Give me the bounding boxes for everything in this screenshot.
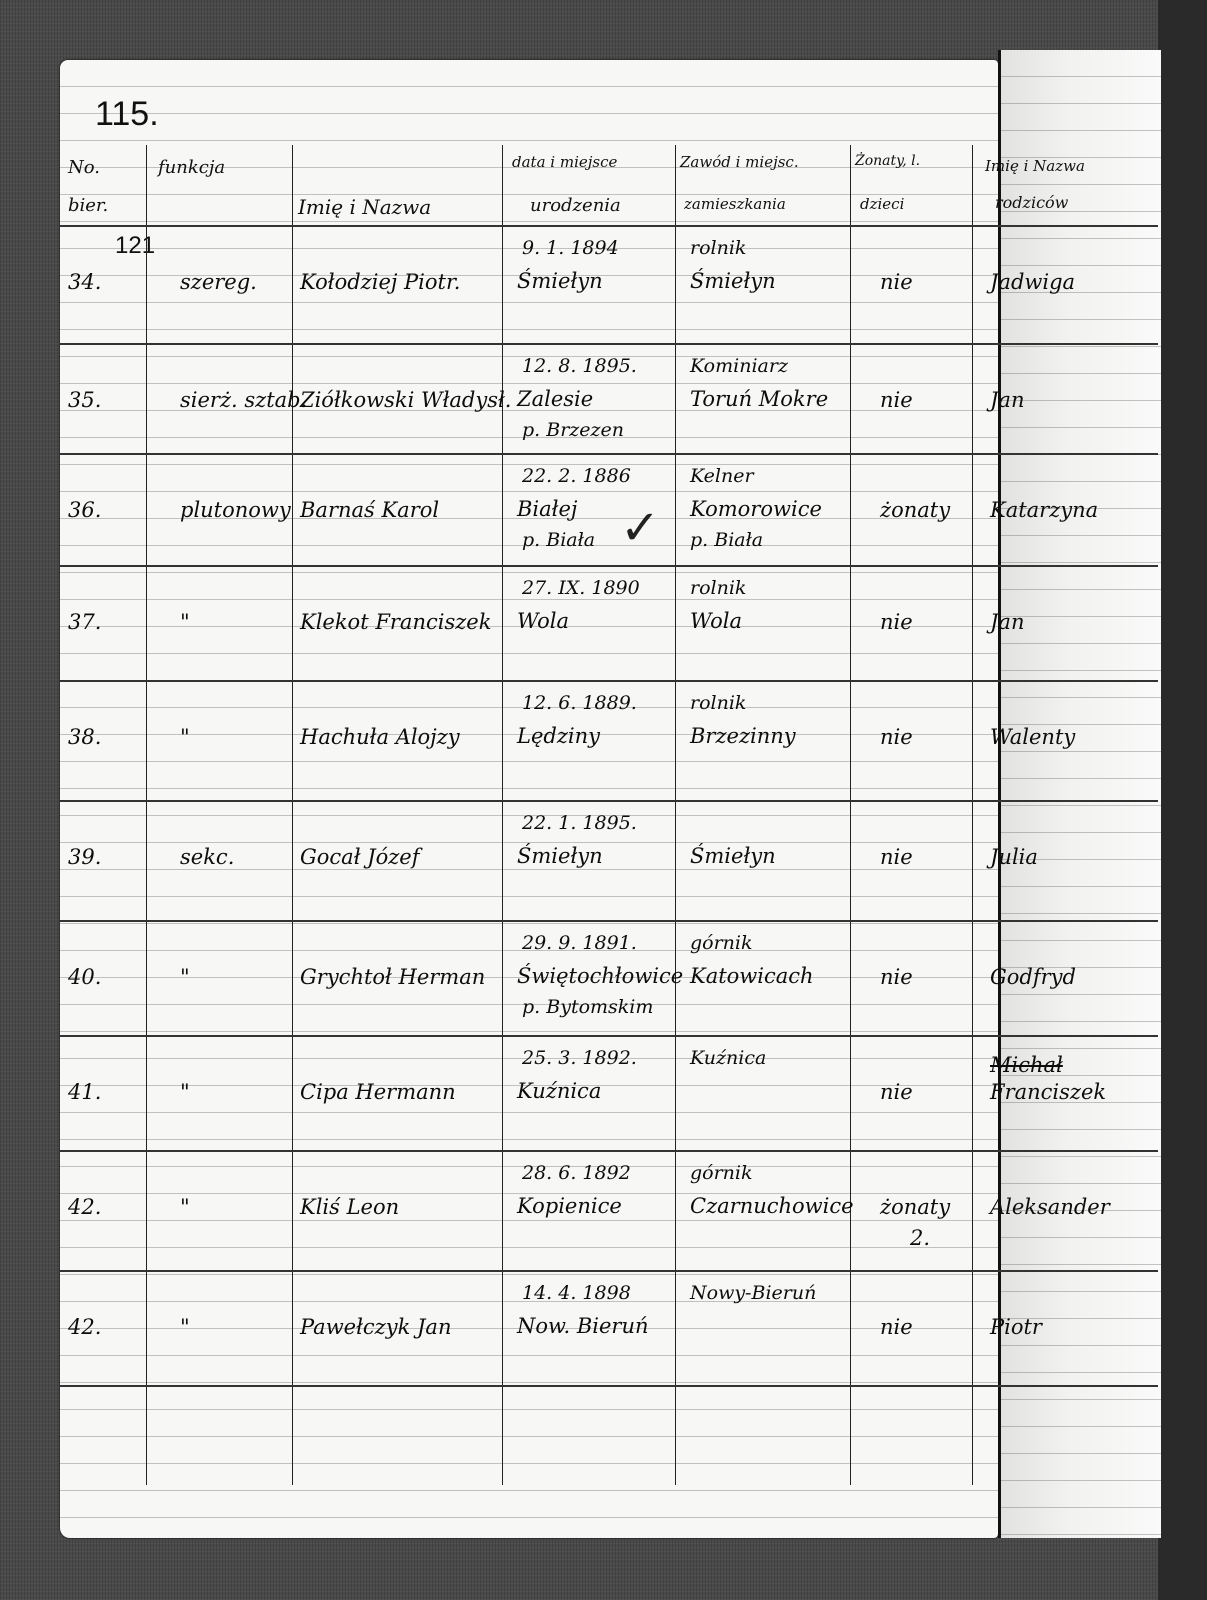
name-cell: Ziółkowski Władysł.: [300, 388, 511, 412]
married-cell: nie: [880, 725, 913, 749]
name-cell: Klekot Franciszek: [300, 610, 491, 634]
married-cell: żonaty: [880, 498, 950, 522]
married-cell: nie: [880, 1080, 913, 1104]
married-cell: nie: [880, 610, 913, 634]
row-number: 34.: [68, 270, 101, 294]
function-cell: ": [180, 1315, 190, 1339]
parent-struck-cell: Michał: [990, 1053, 1063, 1077]
row-number: 36.: [68, 498, 101, 522]
header-occupation-sub: zamieszkania: [684, 195, 786, 213]
row-number: 39.: [68, 845, 101, 869]
header-no-sub: bier.: [68, 195, 108, 216]
married-cell: żonaty: [880, 1195, 950, 1219]
row-number: 40.: [68, 965, 101, 989]
scan-shadow: [1158, 0, 1207, 1600]
function-cell: ": [180, 725, 190, 749]
birth-place-cell: Kuźnica: [517, 1079, 601, 1103]
name-cell: Barnaś Karol: [300, 498, 439, 522]
function-cell: ": [180, 1195, 190, 1219]
birth-date-cell: 22. 2. 1886: [522, 465, 631, 487]
function-cell: ": [180, 965, 190, 989]
birth-place-cell: Lędziny: [517, 724, 600, 748]
birth-date-cell: 22. 1. 1895.: [522, 812, 637, 834]
header-birth-sub: urodzenia: [530, 195, 621, 216]
birth-date-cell: 28. 6. 1892: [522, 1162, 631, 1184]
birth-date-cell: 12. 6. 1889.: [522, 692, 637, 714]
function-cell: sekc.: [180, 845, 234, 869]
function-cell: plutonowy: [180, 498, 291, 522]
residence-cell: Katowicach: [690, 964, 814, 988]
header-function: funkcja: [158, 157, 225, 178]
parent-cell: Katarzyna: [990, 498, 1098, 522]
birth-date-cell: 12. 8. 1895.: [522, 355, 637, 377]
name-cell: Hachuła Alojzy: [300, 725, 460, 749]
occupation-cell: rolnik: [690, 577, 746, 599]
married-cell: nie: [880, 388, 913, 412]
name-cell: Kołodziej Piotr.: [300, 270, 460, 294]
name-cell: Cipa Hermann: [300, 1080, 456, 1104]
occupation-cell: rolnik: [690, 237, 746, 259]
birth-place-cell: Śmiełyn: [517, 269, 603, 293]
birth-place-cell: Białej: [517, 497, 577, 521]
function-cell: ": [180, 1080, 190, 1104]
parent-cell: Jadwiga: [990, 270, 1075, 294]
row-number: 35.: [68, 388, 101, 412]
birth-place-sub-cell: p. Brzezen: [522, 419, 624, 441]
row-number: 42.: [68, 1195, 101, 1219]
birth-place-sub-cell: p. Bytomskim: [522, 996, 653, 1018]
residence-sub-cell: p. Biała: [690, 529, 763, 551]
occupation-cell: Kelner: [690, 465, 754, 487]
name-cell: Pawełczyk Jan: [300, 1315, 451, 1339]
residence-cell: Komorowice: [690, 497, 822, 521]
header-name: Imię i Nazwa: [298, 195, 431, 219]
birth-place-cell: Zalesie: [517, 387, 593, 411]
header-parents: Imię i Nazwa: [985, 157, 1085, 175]
parent-cell: Walenty: [990, 725, 1075, 749]
occupation-cell: górnik: [690, 932, 753, 954]
name-cell: Grychtoł Herman: [300, 965, 485, 989]
margin-annotation: 121: [115, 232, 155, 260]
birth-place-cell: Śmiełyn: [517, 844, 603, 868]
occupation-cell: rolnik: [690, 692, 746, 714]
header-married: Żonaty, l.: [855, 153, 920, 169]
parent-cell: Jan: [990, 610, 1024, 634]
married-cell: nie: [880, 845, 913, 869]
name-cell: Gocał Józef: [300, 845, 420, 869]
occupation-cell: Kominiarz: [690, 355, 788, 377]
parent-cell: Franciszek: [990, 1080, 1106, 1104]
birth-place-sub-cell: p. Biała: [522, 529, 595, 551]
row-number: 37.: [68, 610, 101, 634]
birth-place-cell: Now. Bieruń: [517, 1314, 649, 1338]
page-number: 115.: [95, 95, 159, 134]
birth-date-cell: 14. 4. 1898: [522, 1282, 631, 1304]
parent-cell: Aleksander: [990, 1195, 1110, 1219]
parent-cell: Piotr: [990, 1315, 1042, 1339]
residence-cell: Toruń Mokre: [690, 387, 828, 411]
function-cell: ": [180, 610, 190, 634]
occupation-cell: Nowy-Bieruń: [690, 1282, 816, 1304]
function-cell: sierż. sztab.: [180, 388, 307, 412]
header-parents-sub: rodziców: [995, 193, 1068, 212]
children-count-cell: 2.: [910, 1226, 930, 1250]
check-mark: ✓: [620, 500, 660, 556]
header-no: No.: [68, 157, 100, 178]
row-number: 41.: [68, 1080, 101, 1104]
parent-cell: Julia: [990, 845, 1038, 869]
birth-place-cell: Wola: [517, 609, 569, 633]
header-birth: data i miejsce: [512, 153, 617, 171]
birth-date-cell: 27. IX. 1890: [522, 577, 640, 599]
residence-cell: Brzezinny: [690, 724, 796, 748]
birth-date-cell: 9. 1. 1894: [522, 237, 619, 259]
parent-cell: Godfryd: [990, 965, 1076, 989]
birth-place-cell: Kopienice: [517, 1194, 622, 1218]
occupation-cell: górnik: [690, 1162, 753, 1184]
row-number: 42.: [68, 1315, 101, 1339]
married-cell: nie: [880, 965, 913, 989]
residence-cell: Wola: [690, 609, 742, 633]
row-number: 38.: [68, 725, 101, 749]
married-cell: nie: [880, 1315, 913, 1339]
birth-date-cell: 25. 3. 1892.: [522, 1047, 637, 1069]
residence-cell: Śmiełyn: [690, 844, 776, 868]
birth-place-cell: Świętochłowice: [517, 964, 683, 988]
occupation-cell: Kuźnica: [690, 1047, 766, 1069]
married-cell: nie: [880, 270, 913, 294]
header-married-sub: dzieci: [860, 195, 904, 213]
name-cell: Kliś Leon: [300, 1195, 399, 1219]
parent-cell: Jan: [990, 388, 1024, 412]
function-cell: szereg.: [180, 270, 257, 294]
residence-cell: Śmiełyn: [690, 269, 776, 293]
birth-date-cell: 29. 9. 1891.: [522, 932, 637, 954]
residence-cell: Czarnuchowice: [690, 1194, 854, 1218]
header-occupation: Zawód i miejsc.: [680, 153, 799, 171]
